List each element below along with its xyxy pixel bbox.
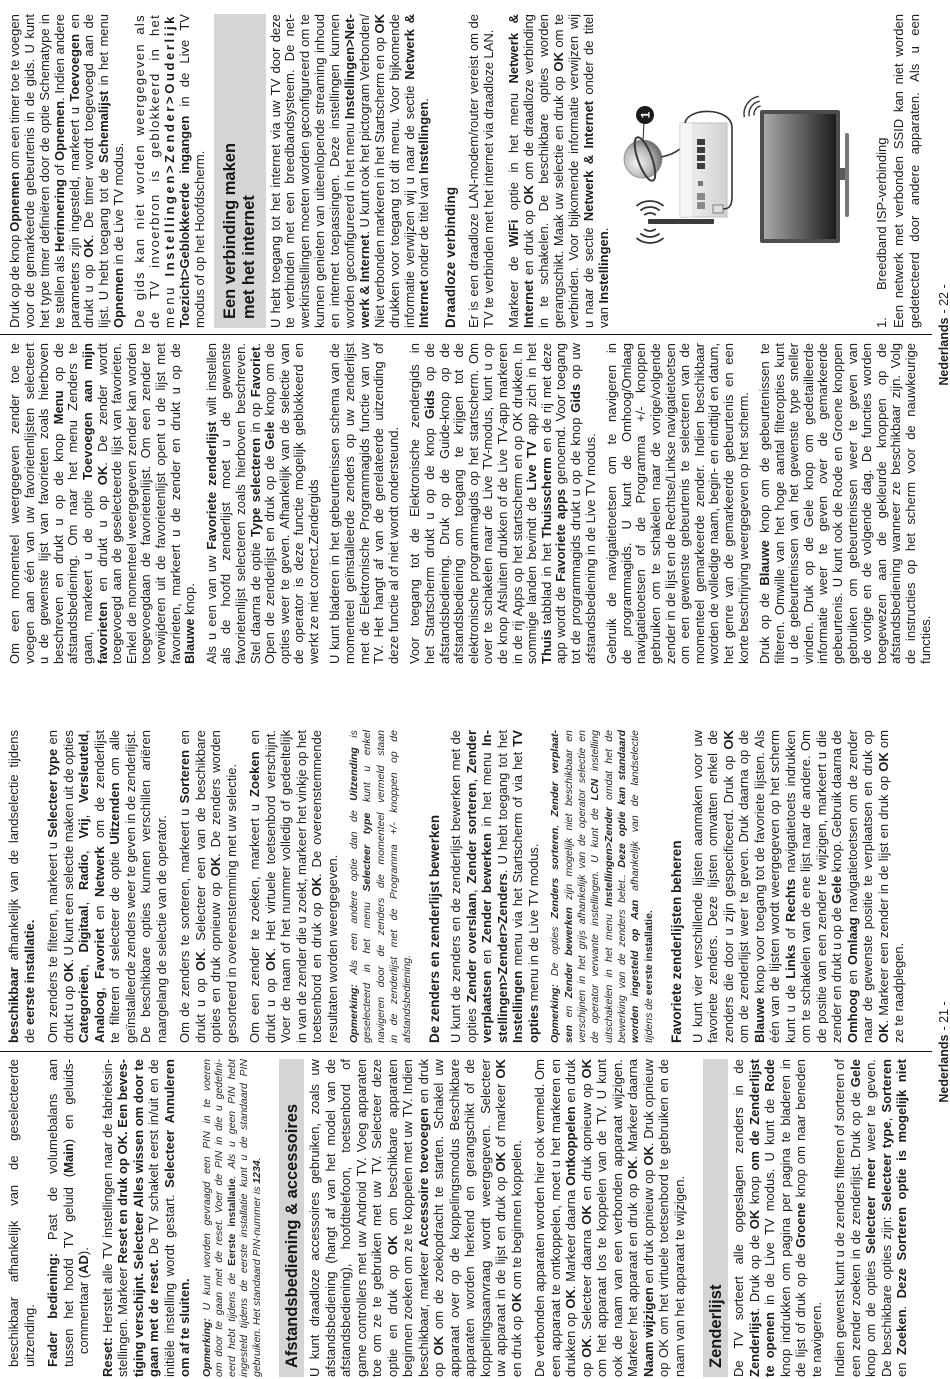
word: Alles bbox=[131, 1177, 147, 1208]
word: u bbox=[294, 916, 310, 923]
word: te bbox=[809, 1366, 825, 1377]
bold-text: sen bbox=[563, 1025, 575, 1043]
word: omvatten bbox=[705, 792, 721, 845]
text-line: wordengeconfigureerdinhetmenuInstellinge… bbox=[343, 14, 358, 328]
bold-text: TV bbox=[510, 730, 525, 747]
word: beginnen bbox=[509, 1200, 525, 1254]
word: gestart. bbox=[162, 1194, 178, 1237]
bold-text: Opmerking: bbox=[348, 984, 360, 1043]
word: OK. bbox=[263, 948, 279, 971]
word: en bbox=[707, 387, 722, 401]
word: schakelen. bbox=[537, 223, 552, 285]
word: aan bbox=[82, 35, 97, 57]
bold-text: type bbox=[361, 813, 373, 835]
word: hebt bbox=[495, 825, 511, 850]
word: te bbox=[863, 1105, 879, 1116]
bold-text: & bbox=[581, 155, 596, 164]
word: en bbox=[416, 1089, 432, 1103]
word: U bbox=[495, 855, 511, 864]
word: worden bbox=[860, 343, 875, 386]
word: de bbox=[758, 457, 773, 471]
word: en bbox=[479, 950, 495, 964]
word: hier bbox=[532, 1162, 548, 1184]
word: die bbox=[721, 973, 737, 990]
bold-text: Uitzending bbox=[348, 747, 360, 801]
bold-text: bewerken bbox=[479, 833, 494, 893]
word: Instellingen>Net- bbox=[343, 14, 358, 119]
word: Gebruik bbox=[605, 618, 620, 664]
text-line: kuntudeLinksofRechtsnavigatietoetsindruk… bbox=[783, 730, 799, 1043]
word: met bbox=[354, 1253, 370, 1275]
word: tot bbox=[569, 650, 584, 664]
bold-text: LCN bbox=[589, 779, 601, 801]
text-line: ThuistabbladinhetThuisschermenderijmetde… bbox=[540, 343, 555, 664]
word: wordt bbox=[82, 138, 97, 170]
word: opent bbox=[154, 433, 169, 466]
word: Zender bbox=[479, 900, 495, 943]
word: toegang bbox=[388, 199, 403, 246]
word: een bbox=[61, 893, 77, 915]
word: De bbox=[146, 1238, 162, 1255]
text-line: delijstofdrukopdeGroeneknopomnaarbeneden bbox=[793, 1059, 809, 1377]
word: Omhoog bbox=[845, 990, 861, 1043]
word: beschreven. bbox=[234, 343, 249, 414]
text-line: naardegewenstepositieteverplaatsenendruk… bbox=[860, 730, 876, 1043]
word: zenderlijst. bbox=[848, 1163, 864, 1225]
word: type bbox=[45, 749, 61, 776]
word: de bbox=[123, 796, 139, 810]
word: op bbox=[579, 1083, 595, 1097]
word: kunt bbox=[238, 1167, 251, 1187]
word: knop bbox=[758, 505, 773, 533]
word: zender bbox=[125, 416, 140, 456]
word: draadloze bbox=[522, 79, 537, 136]
word: momenteel bbox=[343, 600, 358, 664]
text-line: uwapparaatindelijstendrukopOKofmarkeerOK bbox=[493, 1059, 509, 1377]
bold-text: OK bbox=[493, 1059, 508, 1079]
word: in bbox=[224, 967, 240, 977]
bold-text: Zender bbox=[464, 840, 479, 883]
word: drukt bbox=[423, 529, 438, 558]
word: Indien bbox=[693, 421, 708, 456]
word: de bbox=[125, 612, 140, 626]
word: Herinnering bbox=[53, 179, 68, 252]
word: via bbox=[269, 122, 284, 139]
word: zenders bbox=[208, 779, 224, 825]
word: opties bbox=[537, 68, 552, 103]
word: ariëren bbox=[138, 730, 154, 770]
word: overeenstemming bbox=[224, 860, 240, 963]
word: kunt bbox=[589, 828, 602, 848]
word: Druk bbox=[641, 1111, 657, 1138]
text-line: optiesendrukopnieuwopOK.Dezendersworden bbox=[208, 730, 224, 1043]
word: en bbox=[625, 1232, 641, 1246]
word: Selecteer bbox=[579, 1275, 595, 1330]
word: de bbox=[620, 455, 635, 469]
word: op bbox=[52, 495, 67, 509]
word: beschikbare bbox=[138, 947, 154, 1017]
word: U bbox=[201, 1303, 214, 1311]
text-line: beginnenzoekenomzetekoppelenmetuwTV.Indi… bbox=[400, 1059, 416, 1377]
word: selecteer bbox=[107, 908, 123, 961]
word: pictogram bbox=[358, 84, 373, 141]
word: U bbox=[269, 319, 284, 328]
word: aan bbox=[45, 1059, 61, 1081]
word: scherm. bbox=[737, 392, 752, 438]
word: één bbox=[23, 561, 38, 583]
word: drukt bbox=[569, 501, 584, 530]
word: rij bbox=[540, 403, 555, 413]
word: op bbox=[552, 76, 567, 90]
word: in bbox=[493, 1289, 509, 1299]
word: niet bbox=[894, 1059, 910, 1082]
word: met bbox=[448, 749, 464, 771]
text-line: eerdhebttijdensdeEersteinstallatie.Alsug… bbox=[226, 1059, 239, 1377]
word: toegang bbox=[554, 343, 569, 390]
word: te bbox=[400, 1224, 416, 1235]
word: van bbox=[846, 343, 861, 364]
bold-text: Selecteer bbox=[863, 1196, 878, 1254]
text-line: toeomzetegebruikenmetuwTV.Selecteerdeze bbox=[369, 1059, 385, 1377]
word: landselectie bbox=[6, 774, 22, 843]
word: via bbox=[482, 123, 497, 140]
word: of bbox=[832, 1059, 848, 1070]
word: Zender bbox=[464, 730, 480, 773]
text-line: OpendezenderlijstendrukopdeGeleknopomde bbox=[263, 343, 278, 664]
word: of bbox=[278, 942, 294, 953]
word: op bbox=[8, 283, 23, 297]
word: De bbox=[532, 1360, 548, 1377]
word: Om bbox=[177, 1022, 193, 1043]
text-line: verbinden.Voorbijkomendeinformatieverwij… bbox=[567, 14, 582, 328]
word: LCN bbox=[589, 779, 602, 801]
text-line: wordendevolledigenaam,begin-eneindtijden… bbox=[707, 343, 722, 664]
word: u bbox=[582, 321, 597, 328]
word: Volg bbox=[889, 343, 904, 368]
word: hoofd bbox=[219, 574, 234, 607]
word: weergegeven bbox=[767, 819, 783, 897]
subsection-heading-wireless: Draadloze verbinding bbox=[442, 14, 460, 328]
word: voor bbox=[388, 251, 403, 276]
word: weergegeven bbox=[125, 461, 140, 539]
word: PIN bbox=[238, 1059, 251, 1077]
word: knoppen bbox=[634, 343, 649, 393]
word: gedetailleerde bbox=[802, 343, 817, 425]
word: en bbox=[579, 1186, 595, 1200]
word: druk bbox=[509, 1334, 525, 1359]
word: weer bbox=[816, 567, 831, 595]
word: OK. bbox=[309, 873, 325, 896]
text-line: gebeurtenis.UkuntookdeRodeenGroeneknoppe… bbox=[831, 343, 846, 664]
word: U bbox=[328, 655, 343, 664]
word: zenders. bbox=[705, 935, 721, 985]
word: het bbox=[510, 752, 526, 770]
word: wijzigen. bbox=[610, 1059, 626, 1109]
paragraph: Indiengewenstkuntudezendersfilterenofsor… bbox=[832, 1059, 910, 1377]
word: Markeer bbox=[507, 280, 522, 328]
word: de bbox=[787, 635, 802, 649]
word: hangt bbox=[372, 577, 387, 610]
word: koppelen bbox=[594, 1178, 610, 1231]
word: de bbox=[678, 343, 693, 357]
word: gewenste bbox=[860, 935, 876, 991]
word: naar bbox=[582, 288, 597, 314]
text-line: deinstructiesophetschermvoordenauwkeurig… bbox=[904, 343, 919, 664]
paragraph: EennetwerkmetverbondenSSIDkannietwordeng… bbox=[891, 14, 923, 328]
word: instellingen bbox=[100, 1173, 116, 1238]
text-line: udegebeurtenissenvanhetgewenstetypesnell… bbox=[787, 343, 802, 664]
word: druk bbox=[876, 794, 892, 819]
word: in bbox=[388, 1035, 401, 1043]
word: filteren, bbox=[45, 909, 61, 952]
bold-text: op bbox=[115, 1158, 130, 1174]
word: Selecteer bbox=[879, 1153, 895, 1211]
word: bladeren bbox=[778, 1075, 794, 1126]
word: gewenste bbox=[37, 570, 52, 626]
bold-text: eerste bbox=[643, 964, 655, 995]
word: de bbox=[496, 477, 511, 491]
word: van bbox=[358, 366, 373, 387]
word: Opmerking: bbox=[549, 984, 562, 1043]
word: Sorteren bbox=[879, 1059, 895, 1112]
word: Voor bbox=[388, 86, 403, 113]
word: een bbox=[139, 408, 154, 430]
word: Vrij, bbox=[76, 815, 92, 839]
word: De bbox=[208, 831, 224, 848]
word: en bbox=[829, 985, 845, 999]
word: momenteel bbox=[375, 812, 388, 864]
word: nauwkeurige bbox=[904, 343, 919, 417]
word: uw bbox=[269, 101, 284, 118]
column-divider bbox=[0, 1051, 932, 1052]
word: Startscherm bbox=[423, 567, 438, 637]
bold-text: wijzigen bbox=[641, 1287, 656, 1338]
bold-text: Opmerking: bbox=[201, 1318, 213, 1377]
word: WiFi bbox=[507, 220, 522, 247]
word: zenders bbox=[616, 909, 629, 946]
word: gebruiken. bbox=[251, 1328, 264, 1377]
word: weer bbox=[278, 596, 293, 624]
word: Opnemen. bbox=[53, 97, 68, 161]
word: om bbox=[846, 579, 861, 597]
word: tijdens bbox=[643, 1013, 656, 1043]
word: de bbox=[6, 850, 22, 864]
word: enkel bbox=[705, 753, 721, 784]
word: indrukken bbox=[778, 1287, 794, 1343]
word: zoeken, bbox=[247, 876, 263, 922]
bold-text: om bbox=[177, 1358, 192, 1378]
word: de bbox=[634, 517, 649, 531]
word: LAN-modem/router bbox=[467, 98, 482, 209]
word: kunnen bbox=[313, 285, 328, 328]
word: het bbox=[510, 888, 526, 906]
word: apparaat bbox=[672, 1244, 688, 1295]
bold-text: Selecteer bbox=[361, 845, 373, 892]
word: zenderlijst bbox=[388, 957, 401, 1004]
word: en bbox=[92, 905, 108, 919]
word: u bbox=[247, 804, 263, 811]
bold-text: type bbox=[879, 1121, 894, 1148]
text-line: sommigelandenbevindtdeLiveTVappzichinhet bbox=[525, 343, 540, 664]
word: van bbox=[6, 871, 22, 892]
word: de bbox=[61, 768, 77, 782]
word: over bbox=[816, 458, 831, 483]
word: en bbox=[707, 450, 722, 464]
word: apparaten. bbox=[907, 92, 923, 154]
word: de bbox=[372, 509, 387, 523]
text-line: deTVinvoerbronisgeblokkeerdinhet bbox=[148, 14, 163, 328]
word: tabblad bbox=[540, 582, 555, 625]
word: werkt bbox=[307, 633, 322, 664]
word: de bbox=[526, 937, 542, 951]
word: lijst bbox=[798, 853, 814, 872]
word: de bbox=[656, 1059, 672, 1073]
plug-icon bbox=[713, 205, 723, 213]
word: dan bbox=[348, 832, 361, 850]
bold-text: mogelijk bbox=[894, 1090, 909, 1143]
word: eerst bbox=[146, 1130, 162, 1159]
word: kunt bbox=[361, 782, 374, 802]
word: een bbox=[678, 617, 693, 639]
word: bewerken bbox=[479, 833, 495, 893]
word: te bbox=[860, 875, 876, 886]
word: op bbox=[629, 929, 642, 942]
bold-text: Thuis bbox=[539, 629, 554, 664]
word: op bbox=[522, 210, 537, 224]
word: favorieten. bbox=[110, 343, 125, 404]
word: worden bbox=[707, 621, 722, 664]
word: de bbox=[403, 125, 418, 139]
word: van bbox=[323, 1081, 339, 1102]
word: sneller bbox=[787, 343, 802, 381]
section-heading-remote-accessories: Afstandsbediening & accessoires bbox=[279, 1059, 304, 1377]
bold-text: openen bbox=[762, 1312, 777, 1358]
word: geluid bbox=[61, 1187, 77, 1222]
word: van bbox=[629, 815, 642, 832]
word: ingesteld bbox=[629, 951, 642, 997]
word: Markeer bbox=[625, 1104, 641, 1152]
word: tiging bbox=[131, 1342, 147, 1377]
word: OK bbox=[385, 1236, 401, 1256]
word: op bbox=[758, 615, 773, 629]
word: de bbox=[758, 593, 773, 607]
word: kan bbox=[133, 238, 148, 263]
word: de bbox=[263, 343, 278, 357]
bold-text: Toezicht>Geblokkeerde bbox=[177, 183, 192, 328]
word: u bbox=[193, 1000, 209, 1007]
word: Als bbox=[205, 646, 220, 664]
word: genoemd. bbox=[554, 426, 569, 484]
word: de bbox=[848, 1092, 864, 1106]
word: de bbox=[664, 592, 679, 606]
footer-language: Nederlands bbox=[937, 1035, 950, 1103]
word: favoriete bbox=[752, 793, 768, 843]
bold-text: Instellingen>Zender bbox=[603, 807, 615, 906]
word: Gids bbox=[423, 390, 438, 419]
word: het bbox=[479, 792, 495, 810]
bold-text: Naam bbox=[641, 1342, 656, 1377]
word: de bbox=[863, 1302, 879, 1316]
word: Programma bbox=[388, 844, 401, 899]
word: de bbox=[169, 508, 184, 522]
word: schema bbox=[328, 388, 343, 434]
word: kunt bbox=[201, 1275, 214, 1295]
word: de bbox=[664, 534, 679, 548]
paragraph: DrukopdeBlauweknopomdegebeurtenissentefi… bbox=[758, 343, 933, 664]
word: zenderlijst bbox=[343, 343, 358, 402]
word: de bbox=[6, 1156, 22, 1170]
word: apparaat bbox=[610, 1115, 626, 1166]
word: een bbox=[548, 1355, 564, 1377]
word: rij bbox=[511, 621, 526, 631]
bold-text: Live bbox=[524, 464, 539, 490]
word: programmagids bbox=[569, 535, 584, 625]
word: Druk bbox=[8, 301, 23, 328]
word: startscherm. bbox=[467, 370, 482, 442]
word: timer bbox=[38, 248, 53, 277]
word: Voer bbox=[278, 1016, 294, 1043]
word: het bbox=[594, 1335, 610, 1353]
bold-text: Internet bbox=[416, 280, 431, 328]
word: standaard bbox=[238, 1083, 251, 1130]
word: Zender bbox=[563, 963, 576, 998]
word: 1234. bbox=[251, 1157, 264, 1183]
word: zenderlijst bbox=[448, 835, 464, 894]
text-line: senenZenderbewerkenzijnmogelijknietbesch… bbox=[563, 730, 576, 1043]
word: ingesteld bbox=[238, 1335, 251, 1377]
word: het bbox=[61, 1301, 77, 1319]
word: OK bbox=[511, 413, 526, 432]
word: moet bbox=[219, 460, 234, 489]
word: door bbox=[38, 156, 53, 182]
word: zich bbox=[525, 384, 540, 407]
word: drukt bbox=[96, 538, 111, 567]
word: Live bbox=[525, 464, 540, 490]
word: toegevoegd bbox=[110, 596, 125, 664]
paragraph: DegidskannietwordenweergegevenalsdeTVinv… bbox=[133, 14, 207, 328]
word: Toevoegen bbox=[68, 34, 83, 102]
bold-text: om bbox=[747, 1151, 762, 1171]
word: raadplegen. bbox=[891, 943, 907, 1012]
word: zenderlijst. bbox=[123, 730, 139, 792]
word: en bbox=[68, 14, 83, 28]
word: Als bbox=[348, 960, 361, 975]
word: het bbox=[540, 543, 555, 561]
word: zenders bbox=[832, 1182, 848, 1228]
word: scherm bbox=[767, 730, 783, 773]
text-line: éénvandelijstenwordtweergegevenophetsche… bbox=[767, 730, 783, 1043]
word: eindtijd bbox=[707, 405, 722, 446]
text-line: teopenenindeLiveTVmodus.UkuntdeRode bbox=[762, 1059, 778, 1377]
word: knoppen bbox=[388, 772, 401, 812]
word: in bbox=[584, 545, 599, 555]
word: kan bbox=[891, 91, 907, 112]
word: U bbox=[61, 946, 77, 955]
word: markeert bbox=[247, 818, 263, 869]
text-line: tijdensdeeersteinstallatie. bbox=[643, 730, 656, 1043]
word: zendergids bbox=[408, 364, 423, 428]
paragraph: Omeenmomenteelweergegevenzendertoetevoeg… bbox=[8, 343, 198, 664]
word: Groene bbox=[831, 398, 846, 441]
word: OK. bbox=[193, 948, 209, 971]
word: Als bbox=[752, 730, 768, 748]
word: in bbox=[343, 181, 358, 191]
word: te bbox=[548, 1284, 564, 1295]
word: de bbox=[875, 531, 890, 545]
word: zijn bbox=[563, 884, 576, 900]
word: te bbox=[431, 1186, 447, 1197]
word: u bbox=[783, 1005, 799, 1012]
